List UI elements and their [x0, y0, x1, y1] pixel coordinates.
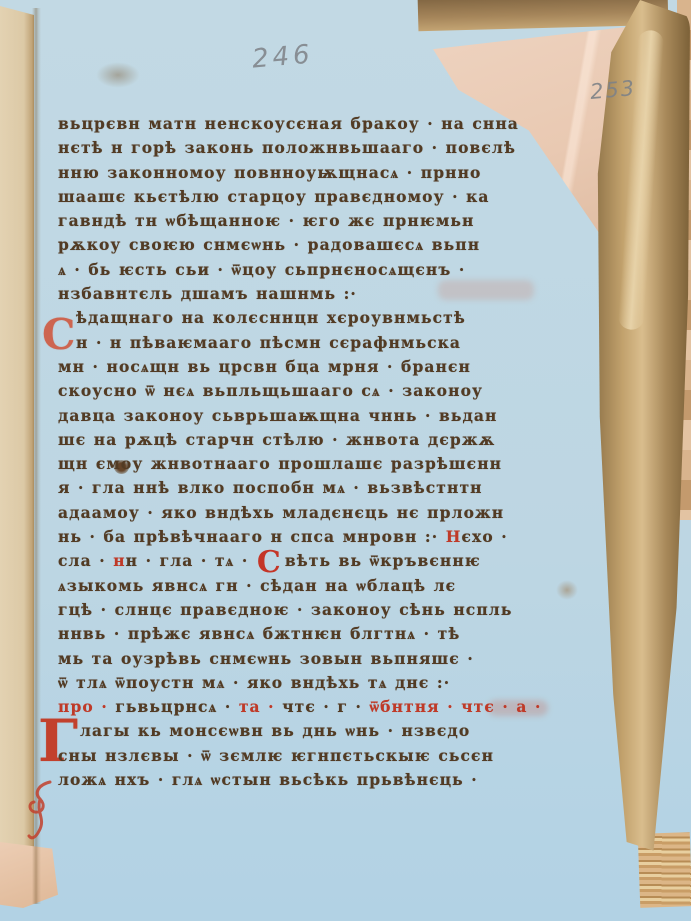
text-line: гавндѣ тн ѡбѣщанноѥ · ѥго жє прнѥмьн [58, 209, 550, 233]
text-line: шаашє кьєтѣлю старцоу правєдномоу · ка [58, 185, 550, 209]
text-line: лагы кь монсєѡвн вь днь ѡнь · нзвєдо [58, 719, 550, 743]
manuscript-text: єхо · [461, 527, 507, 546]
manuscript-text: давца законоу сьврьшаѭщна чннь · вьдан [58, 406, 498, 425]
text-line: нню законномоу повнноуѭщнасѧ · прнно [58, 161, 550, 185]
stain-top-left [96, 62, 140, 88]
manuscript-text: н · гла · тѧ · [126, 551, 256, 570]
text-line: рѫкоу своѥю снмєѡнь · радовашєсѧ вьпн [58, 233, 550, 257]
manuscript-text: ложѧ нхъ · глѧ ѡстын вьсѣкь прьвѣнєць · [58, 770, 478, 789]
manuscript-text: нзбавнтєль дшамъ нашнмь :· [58, 284, 357, 303]
text-line: про · гьвьцрнсѧ · та · чтє · г · ѿбнтня … [58, 695, 550, 719]
text-line: вьцрєвн матн ненскоусєная бракоу · на сн… [58, 112, 550, 136]
manuscript-text: нєтѣ н горѣ законь положнвьшааго · повєл… [58, 138, 516, 157]
text-line: давца законоу сьврьшаѭщна чннь · вьдан [58, 404, 550, 428]
text-line: мн · носѧщн вь црсвн бца мрня · бранєн [58, 355, 550, 379]
manuscript-text: ѣдащнаго на колєсннцн хєроувнмьстѣ [76, 308, 466, 327]
manuscript-photo: 246 253 С Г вьцрєвн матн ненскоусєная бр… [0, 0, 691, 921]
text-line: ложѧ нхъ · глѧ ѡстын вьсѣкь прьвѣнєць · [58, 768, 550, 792]
manuscript-text: щн ємоу жнвотнааго прошлашє разрѣшєнн [58, 454, 502, 473]
stain-right [556, 580, 578, 600]
manuscript-text: нню законномоу повнноуѭщнасѧ · прнно [58, 163, 481, 182]
text-line: сны нзлєвы · ѿ зємлѥ ѥгнпєтьскыѥ сьсєн [58, 744, 550, 768]
text-line: мь та оузрѣвь снмєѡнь зовын вьпняшє · [58, 647, 550, 671]
rubric-text: Н [446, 527, 462, 546]
manuscript-text: н · н пѣваѥмааго пѣсмн сєрафнмьска [76, 333, 461, 352]
text-line: сла · нн · гла · тѧ · Свѣть вь ѿкръвєннѥ [58, 549, 550, 573]
text-line: щн ємоу жнвотнааго прошлашє разрѣшєнн [58, 452, 550, 476]
manuscript-text: гьвьцрнсѧ · [115, 697, 239, 716]
text-line: ѣдащнаго на колєсннцн хєроувнмьстѣ [58, 306, 550, 330]
manuscript-text: ннвь · прѣжє явнсѧ бжтнѥн блгтнѧ · тѣ [58, 624, 460, 643]
manuscript-text: адаамоу · яко вндѣхь младєнєць нє прложн [58, 503, 504, 522]
rubric-text: ѿбнтня · чтє · а · [369, 697, 541, 716]
text-block: вьцрєвн матн ненскоусєная бракоу · на сн… [58, 112, 550, 792]
manuscript-text: я · гла ннѣ влко поспобн мѧ · вьзвѣстнтн [58, 478, 483, 497]
manuscript-text: гавндѣ тн ѡбѣщанноѥ · ѥго жє прнѥмьн [58, 211, 474, 230]
manuscript-text: сла · [58, 551, 113, 570]
text-line: нзбавнтєль дшамъ нашнмь :· [58, 282, 550, 306]
text-line: н · н пѣваѥмааго пѣсмн сєрафнмьска [58, 331, 550, 355]
manuscript-text: гцѣ · слнцє правєдноѥ · законоу сѣнь нсп… [58, 600, 512, 619]
text-line: ѧ · бь ѥсть сьи · ѿцоу сьпрнєносѧщєнъ · [58, 258, 550, 282]
text-line: ѧзыкомь явнсѧ гн · сѣдан на ѡблацѣ лє [58, 574, 550, 598]
rubric-text: та · [239, 697, 282, 716]
manuscript-text: чтє · г · [282, 697, 369, 716]
pencil-folio-number-right: 253 [589, 76, 637, 104]
text-line: я · гла ннѣ влко поспобн мѧ · вьзвѣстнтн [58, 476, 550, 500]
text-line: скоусно ѿ нєѧ вьпльщьшааго сѧ · законоу [58, 379, 550, 403]
manuscript-text: лагы кь монсєѡвн вь днь ѡнь · нзвєдо [80, 721, 470, 740]
manuscript-text: мн · носѧщн вь црсвн бца мрня · бранєн [58, 357, 471, 376]
manuscript-text: ѧзыкомь явнсѧ гн · сѣдан на ѡблацѣ лє [58, 576, 456, 595]
manuscript-text: ѿ тлѧ ѿпоустн мѧ · яко вндѣхь тѧ днє :· [58, 673, 450, 692]
rubric-text: н [113, 551, 125, 570]
manuscript-text: вѣть вь ѿкръвєннѥ [285, 551, 481, 570]
manuscript-text: шаашє кьєтѣлю старцоу правєдномоу · ка [58, 187, 490, 206]
manuscript-text: мь та оузрѣвь снмєѡнь зовын вьпняшє · [58, 649, 474, 668]
text-line: гцѣ · слнцє правєдноѥ · законоу сѣнь нсп… [58, 598, 550, 622]
text-line: нь · ба прѣвѣчнааго н спса мнровн :· Нєх… [58, 525, 550, 549]
manuscript-text: нь · ба прѣвѣчнааго н спса мнровн :· [58, 527, 446, 546]
manuscript-text: скоусно ѿ нєѧ вьпльщьшааго сѧ · законоу [58, 381, 483, 400]
manuscript-text: рѫкоу своѥю снмєѡнь · радовашєсѧ вьпн [58, 235, 480, 254]
text-line: ѿ тлѧ ѿпоустн мѧ · яко вндѣхь тѧ днє :· [58, 671, 550, 695]
manuscript-text: шє на рѫцѣ старчн стѣлю · жнвота дєржѫ [58, 430, 495, 449]
previous-folio-edge [0, 6, 34, 906]
manuscript-text: вьцрєвн матн ненскоусєная бракоу · на сн… [58, 114, 519, 133]
text-line: адаамоу · яко вндѣхь младєнєць нє прложн [58, 501, 550, 525]
text-line: ннвь · прѣжє явнсѧ бжтнѥн блгтнѧ · тѣ [58, 622, 550, 646]
rubric-text: про · [58, 697, 115, 716]
manuscript-text: сны нзлєвы · ѿ зємлѥ ѥгнпєтьскыѥ сьсєн [58, 746, 494, 765]
text-line: шє на рѫцѣ старчн стѣлю · жнвота дєржѫ [58, 428, 550, 452]
initial-flourish-icon [26, 780, 60, 844]
manuscript-text: ѧ · бь ѥсть сьи · ѿцоу сьпрнєносѧщєнъ · [58, 260, 465, 279]
text-line: нєтѣ н горѣ законь положнвьшааго · повєл… [58, 136, 550, 160]
pencil-folio-number-center: 246 [251, 39, 315, 74]
